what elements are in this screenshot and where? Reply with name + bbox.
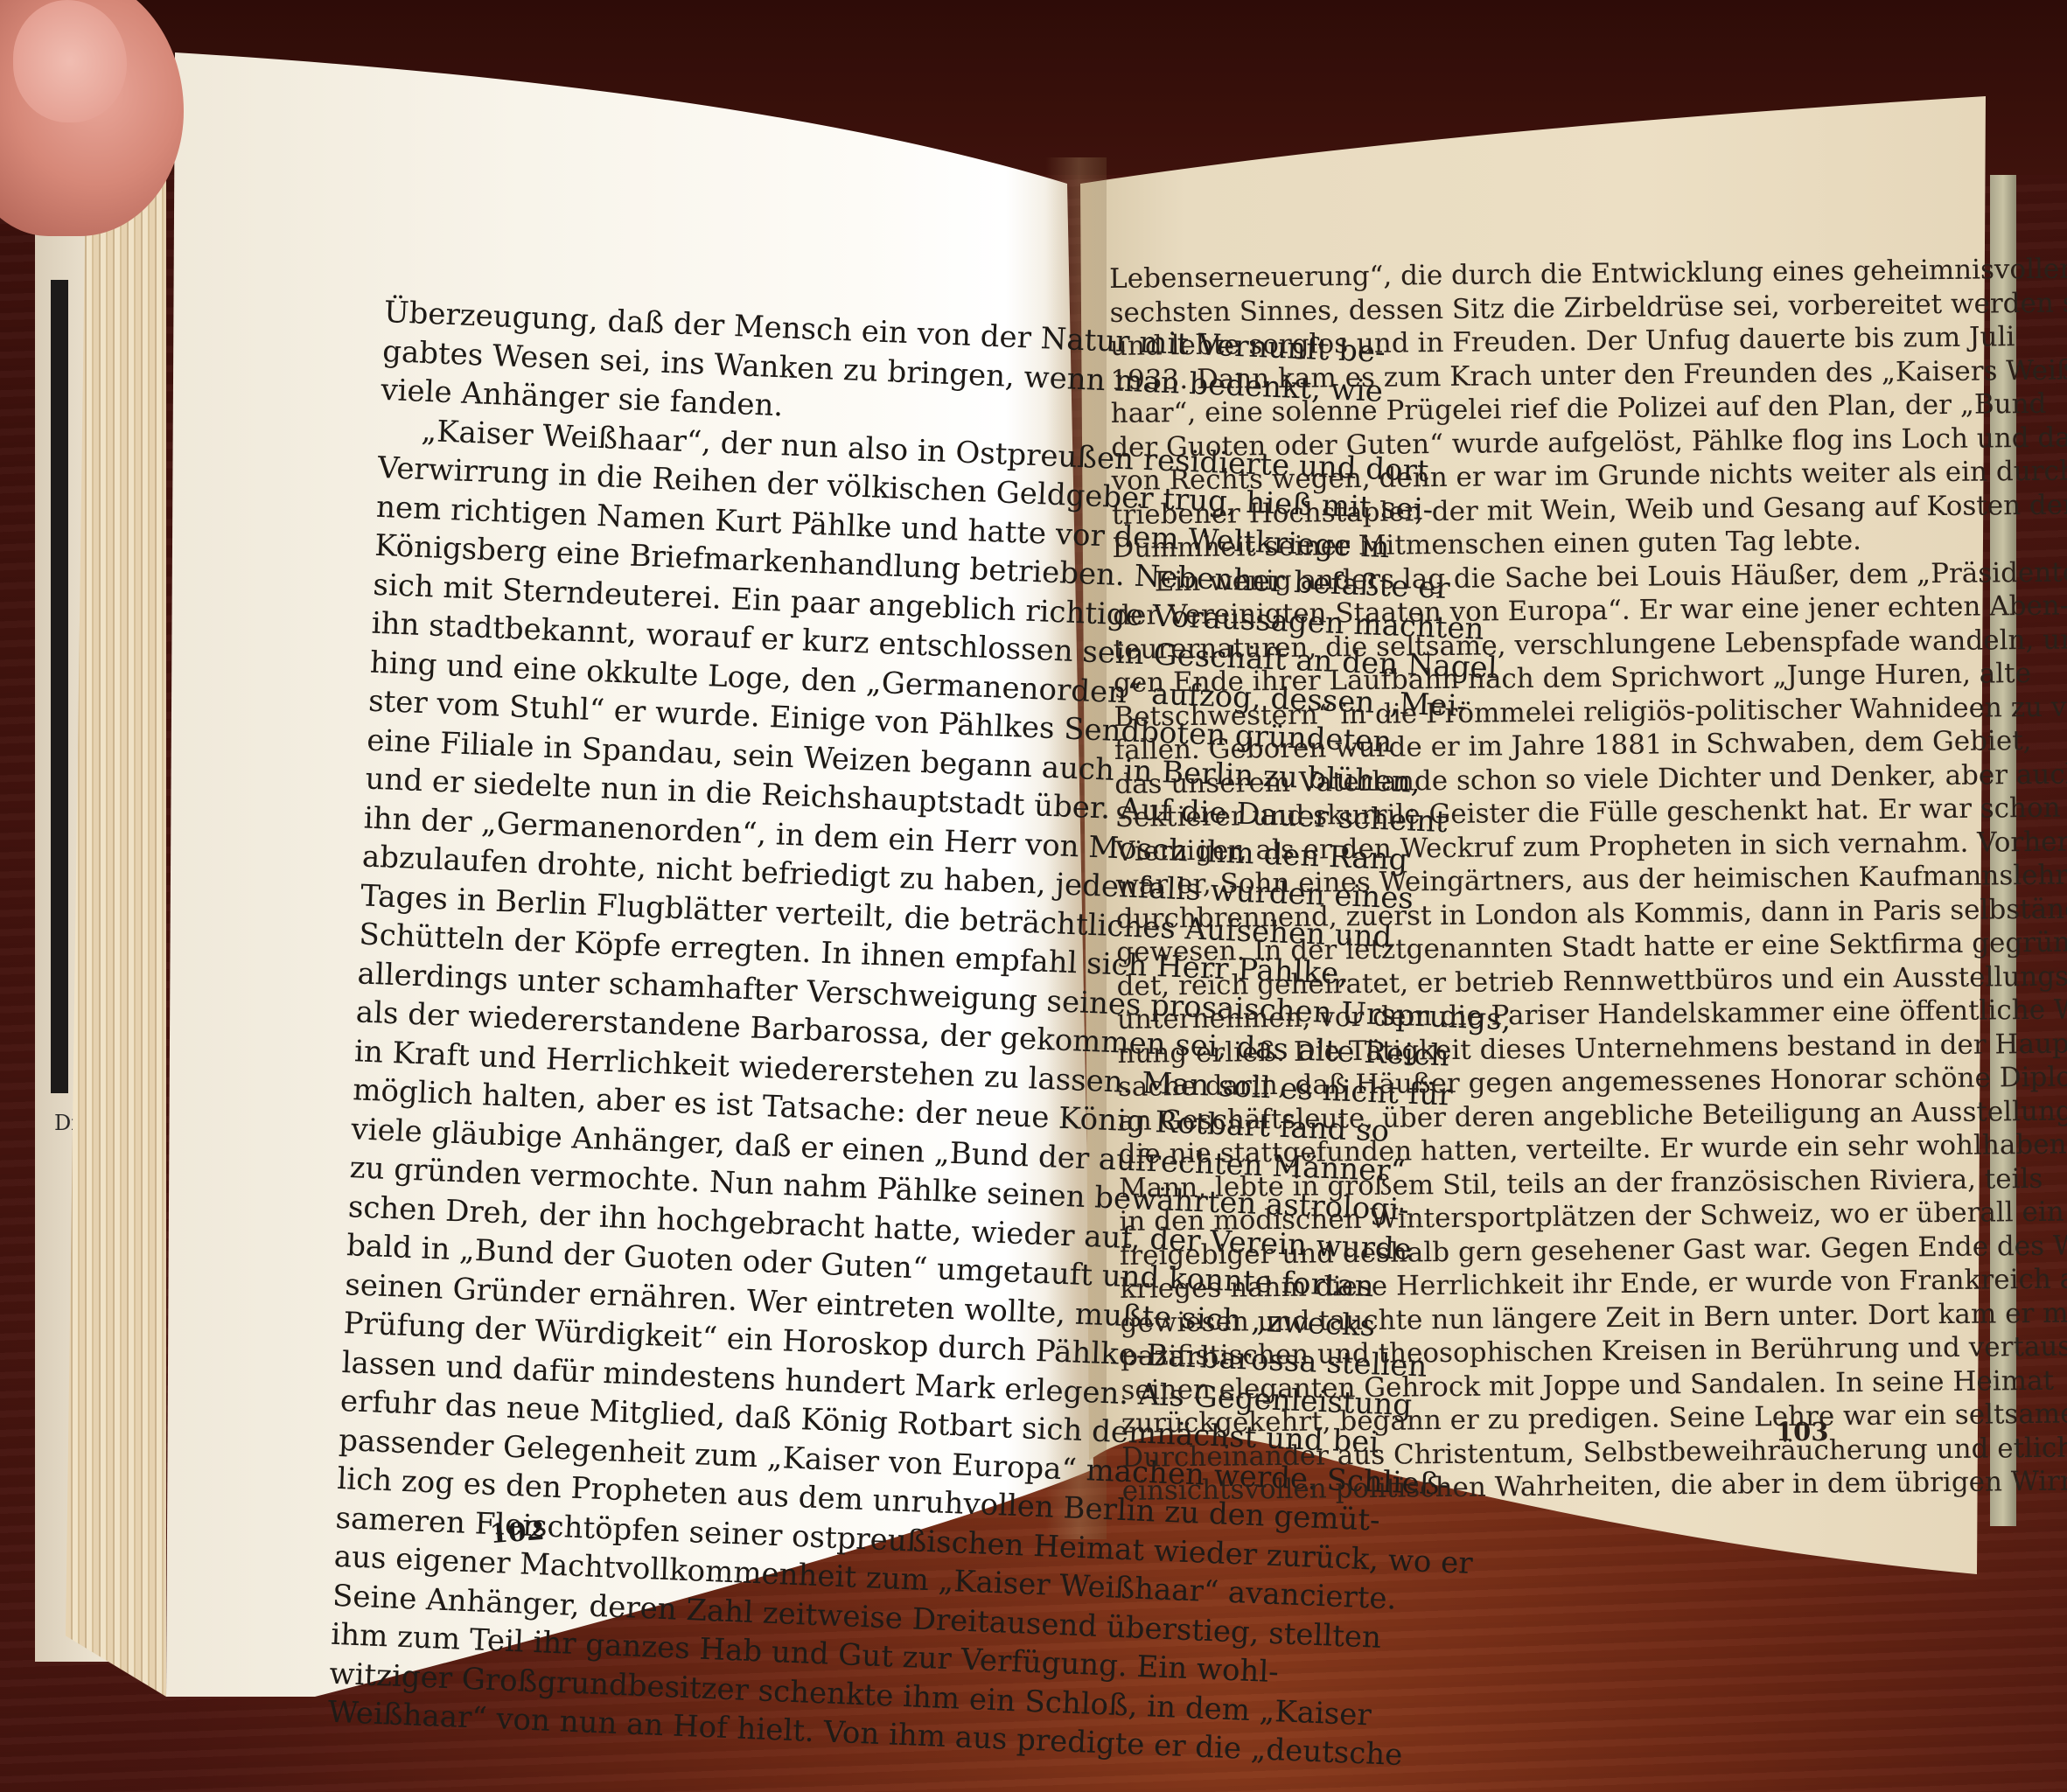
right-page-text: Lebenserneuerung“, die durch die Entwick… (1109, 252, 2067, 1509)
page-number-right: 103 (1776, 1417, 1829, 1447)
photo-plate-edge (51, 280, 68, 1093)
thumbnail-nail (13, 0, 127, 122)
left-page-text: Überzeugung, daß der Mensch ein von der … (327, 293, 1049, 1759)
page-number-left: 102 (489, 1516, 546, 1550)
